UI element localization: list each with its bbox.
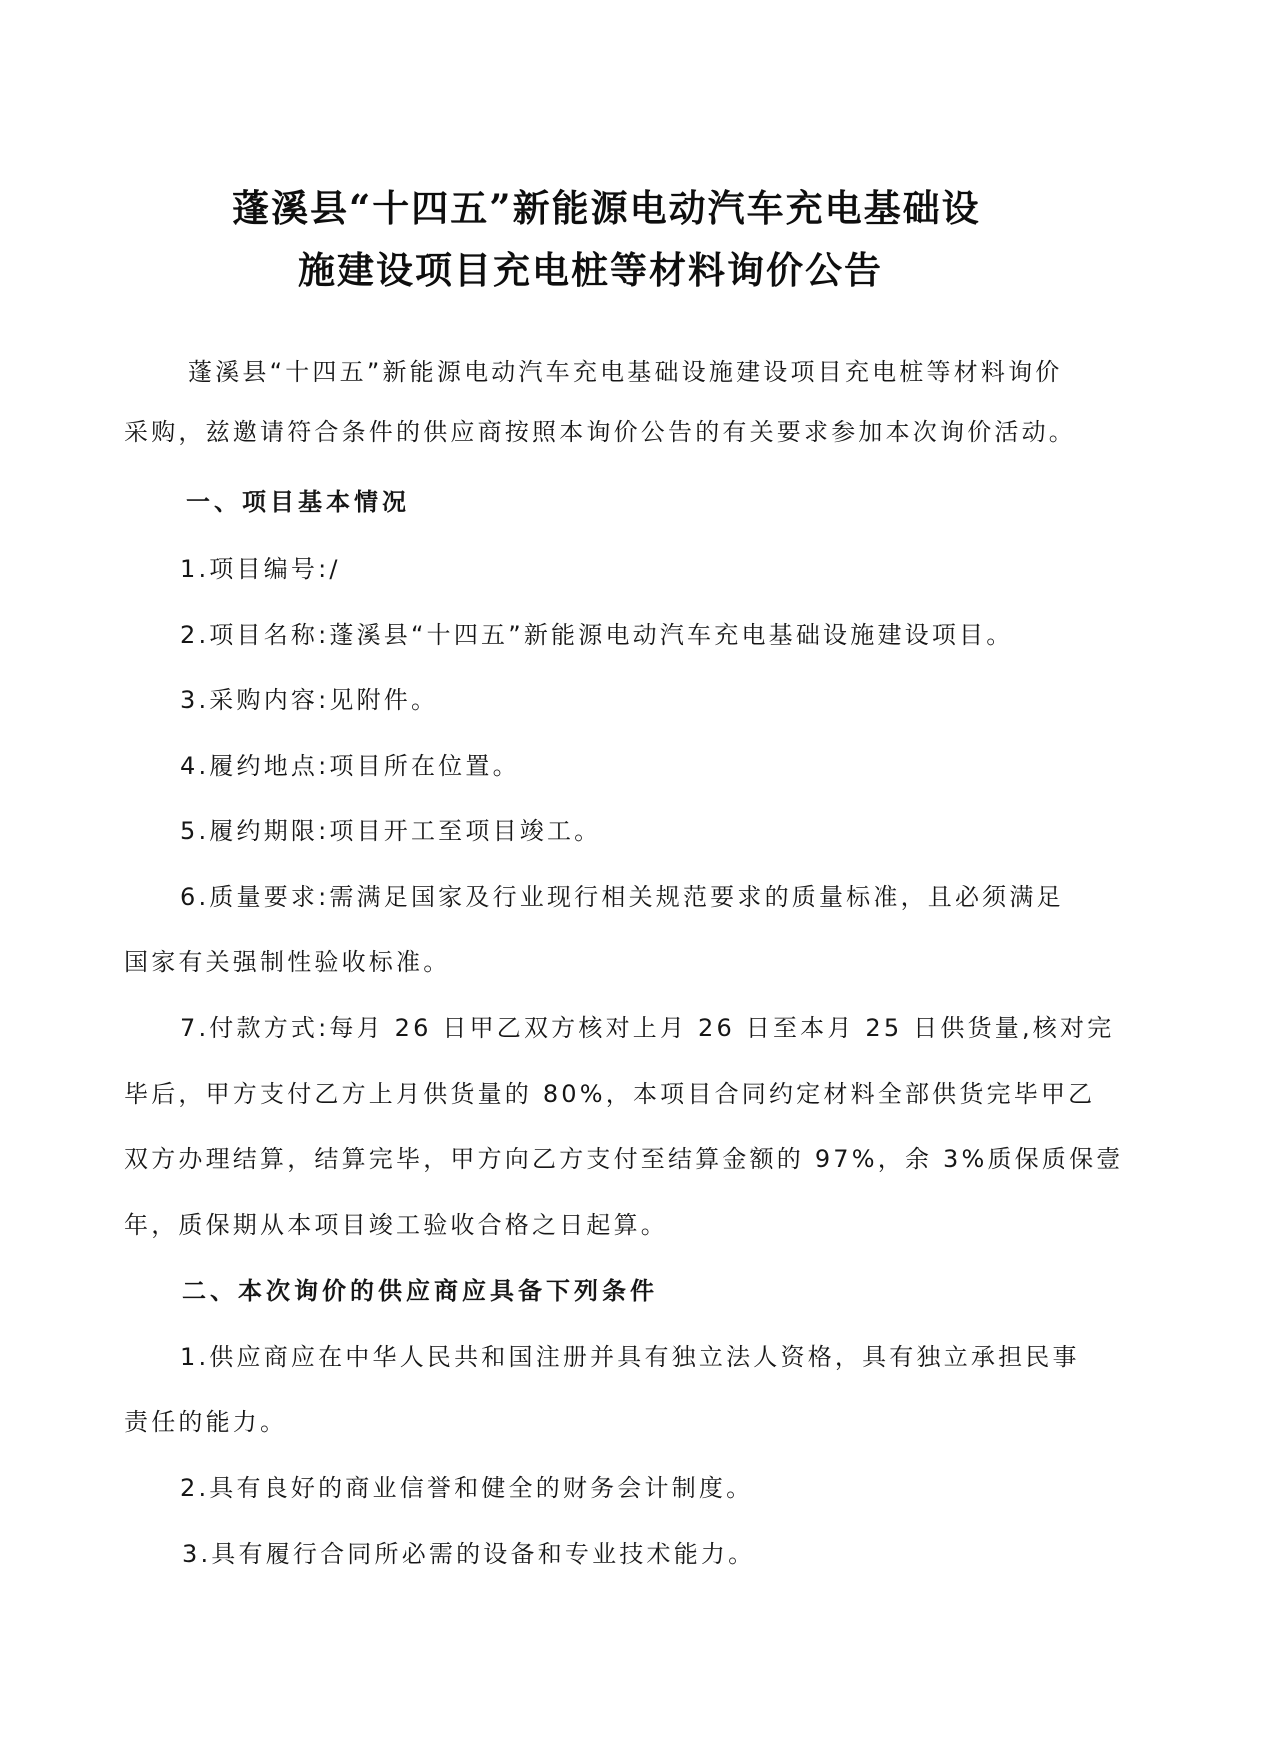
document-page: 蓬溪县“十四五”新能源电动汽车充电基础设 施建设项目充电桩等材料询价公告 蓬溪县… — [0, 0, 1280, 1758]
section-2-item-1-line-2: 责任的能力。 — [124, 1406, 287, 1438]
document-title-line-1: 蓬溪县“十四五”新能源电动汽车充电基础设 — [232, 178, 981, 232]
section-1-item-7-line-4: 年，质保期从本项目竣工验收合格之日起算。 — [124, 1209, 668, 1241]
section-1-item-3: 3.采购内容:见附件。 — [180, 684, 438, 716]
section-2-item-3: 3.具有履行合同所必需的设备和专业技术能力。 — [182, 1538, 755, 1570]
section-1-item-4: 4.履约地点:项目所在位置。 — [180, 750, 520, 782]
intro-paragraph-line-2: 采购，兹邀请符合条件的供应商按照本询价公告的有关要求参加本次询价活动。 — [124, 416, 1076, 448]
section-1-item-7-line-2: 毕后，甲方支付乙方上月供货量的 80%，本项目合同约定材料全部供货完毕甲乙 — [124, 1078, 1095, 1110]
section-1-item-6-line-1: 6.质量要求:需满足国家及行业现行相关规范要求的质量标准，且必须满足 — [180, 881, 1064, 913]
section-1-item-5: 5.履约期限:项目开工至项目竣工。 — [180, 815, 601, 847]
section-1-item-2: 2.项目名称:蓬溪县“十四五”新能源电动汽车充电基础设施建设项目。 — [180, 619, 1013, 651]
intro-paragraph-line-1: 蓬溪县“十四五”新能源电动汽车充电基础设施建设项目充电桩等材料询价 — [188, 356, 1062, 388]
section-2-item-2: 2.具有良好的商业信誉和健全的财务会计制度。 — [180, 1472, 753, 1504]
section-1-item-7-line-3: 双方办理结算，结算完毕，甲方向乙方支付至结算金额的 97%，余 3%质保质保壹 — [124, 1143, 1123, 1175]
section-1-item-1: 1.项目编号:/ — [180, 553, 341, 585]
section-1-item-6-line-2: 国家有关强制性验收标准。 — [124, 946, 450, 978]
section-2-heading: 二、本次询价的供应商应具备下列条件 — [182, 1275, 658, 1307]
section-1-heading: 一、项目基本情况 — [186, 486, 410, 518]
section-2-item-1-line-1: 1.供应商应在中华人民共和国注册并具有独立法人资格，具有独立承担民事 — [180, 1341, 1080, 1373]
document-title-line-2: 施建设项目充电桩等材料询价公告 — [298, 240, 883, 294]
section-1-item-7-line-1: 7.付款方式:每月 26 日甲乙双方核对上月 26 日至本月 25 日供货量,核… — [180, 1012, 1114, 1044]
